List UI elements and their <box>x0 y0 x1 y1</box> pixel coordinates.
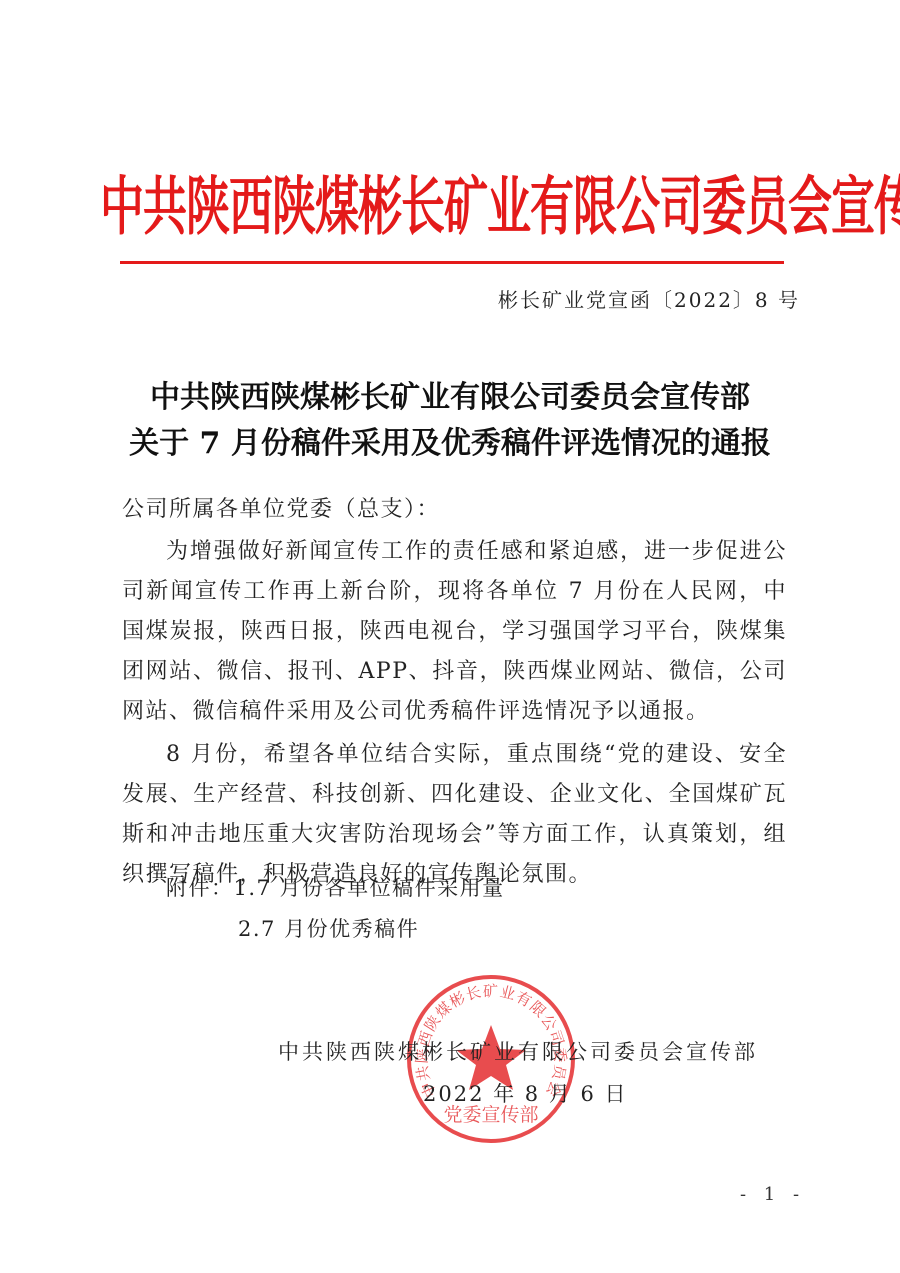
masthead-divider <box>120 261 784 264</box>
document-number: 彬长矿业党宣函〔2022〕8 号 <box>498 284 800 313</box>
body-paragraph: 为增强做好新闻宣传工作的责任感和紧迫感，进一步促进公司新闻宣传工作再上新台阶，现… <box>122 532 787 732</box>
salutation: 公司所属各单位党委（总支）： <box>122 490 787 530</box>
signature-date: 2022 年 8 月 6 日 <box>423 1078 628 1108</box>
document-title-line-2: 关于 7 月份稿件采用及优秀稿件评选情况的通报 <box>90 418 810 462</box>
body-paragraph: 8 月份，希望各单位结合实际，重点围绕“党的建设、安全发展、生产经营、科技创新、… <box>122 735 787 895</box>
attachment-item: 2.7 月份优秀稿件 <box>238 913 419 945</box>
attachment-name: 1.7 月份各单位稿件采用量 <box>234 876 505 900</box>
attachment-item: 附件：1.7 月份各单位稿件采用量 <box>166 872 505 904</box>
attachment-name: 2.7 月份优秀稿件 <box>238 917 419 941</box>
signature-organization: 中共陕西陕煤彬长矿业有限公司委员会宣传部 <box>278 1036 758 1066</box>
masthead-title: 中共陕西陕煤彬长矿业有限公司委员会宣传部 <box>100 150 800 266</box>
attachment-label: 附件： <box>166 876 234 900</box>
document-title-line-1: 中共陕西陕煤彬长矿业有限公司委员会宣传部 <box>90 372 810 416</box>
page-number: - 1 - <box>740 1184 805 1205</box>
